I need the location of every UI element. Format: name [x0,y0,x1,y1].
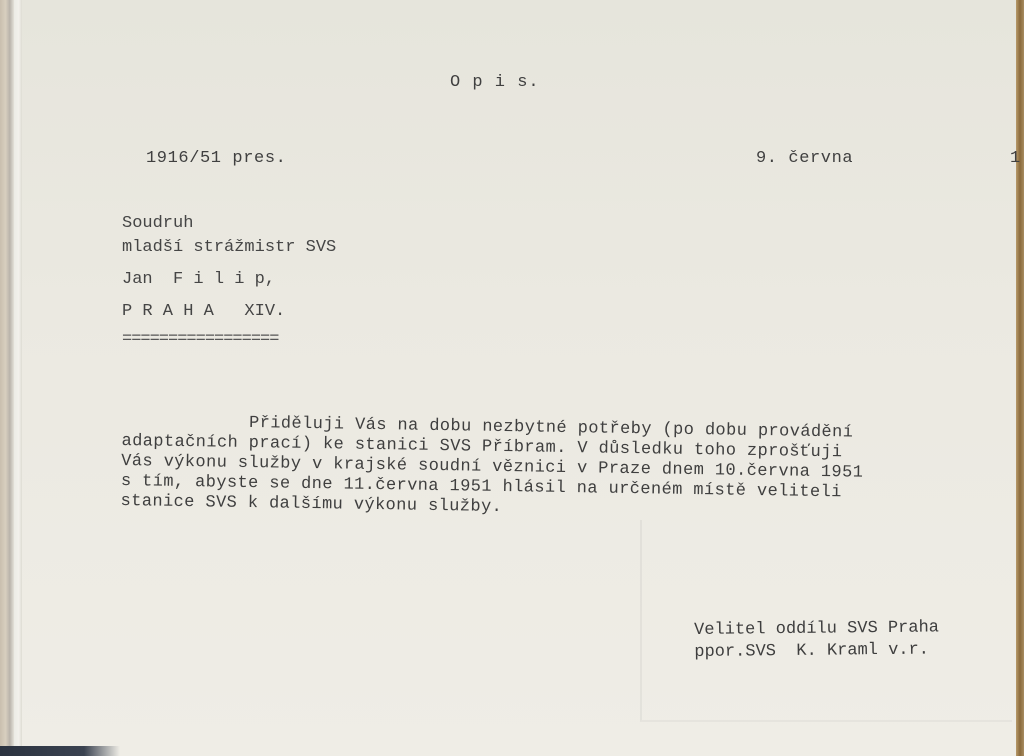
document-title: O p i s. [450,73,540,93]
signature-block: Velitel oddílu SVS Praha ppor.SVS K. Kra… [694,617,939,664]
signature-title: Velitel oddílu SVS Praha [694,617,939,642]
document-page: O p i s. 1916/51 pres. 9. června 1 Soudr… [0,0,1024,756]
scan-shadow [0,746,120,756]
addressee-salutation: Soudruh [122,214,193,234]
reference-number: 1916/51 pres. [146,149,286,169]
book-binding-right [1016,0,1024,756]
date-year-fragment: 1 [1010,149,1021,169]
addressee-name: Jan F i l i p, [122,270,275,290]
page-edge-left [14,0,22,756]
addressee-rank: mladší strážmistr SVS [122,238,336,258]
document-date: 9. června [756,149,853,169]
addressee-city: P R A H A XIV. [122,302,285,322]
letter-body: Přiděluji Vás na dobu nezbytné potřeby (… [120,412,864,524]
signature-name: ppor.SVS K. Kraml v.r. [694,639,939,664]
addressee-underline: ================= [122,330,278,350]
book-binding-left [0,0,14,756]
